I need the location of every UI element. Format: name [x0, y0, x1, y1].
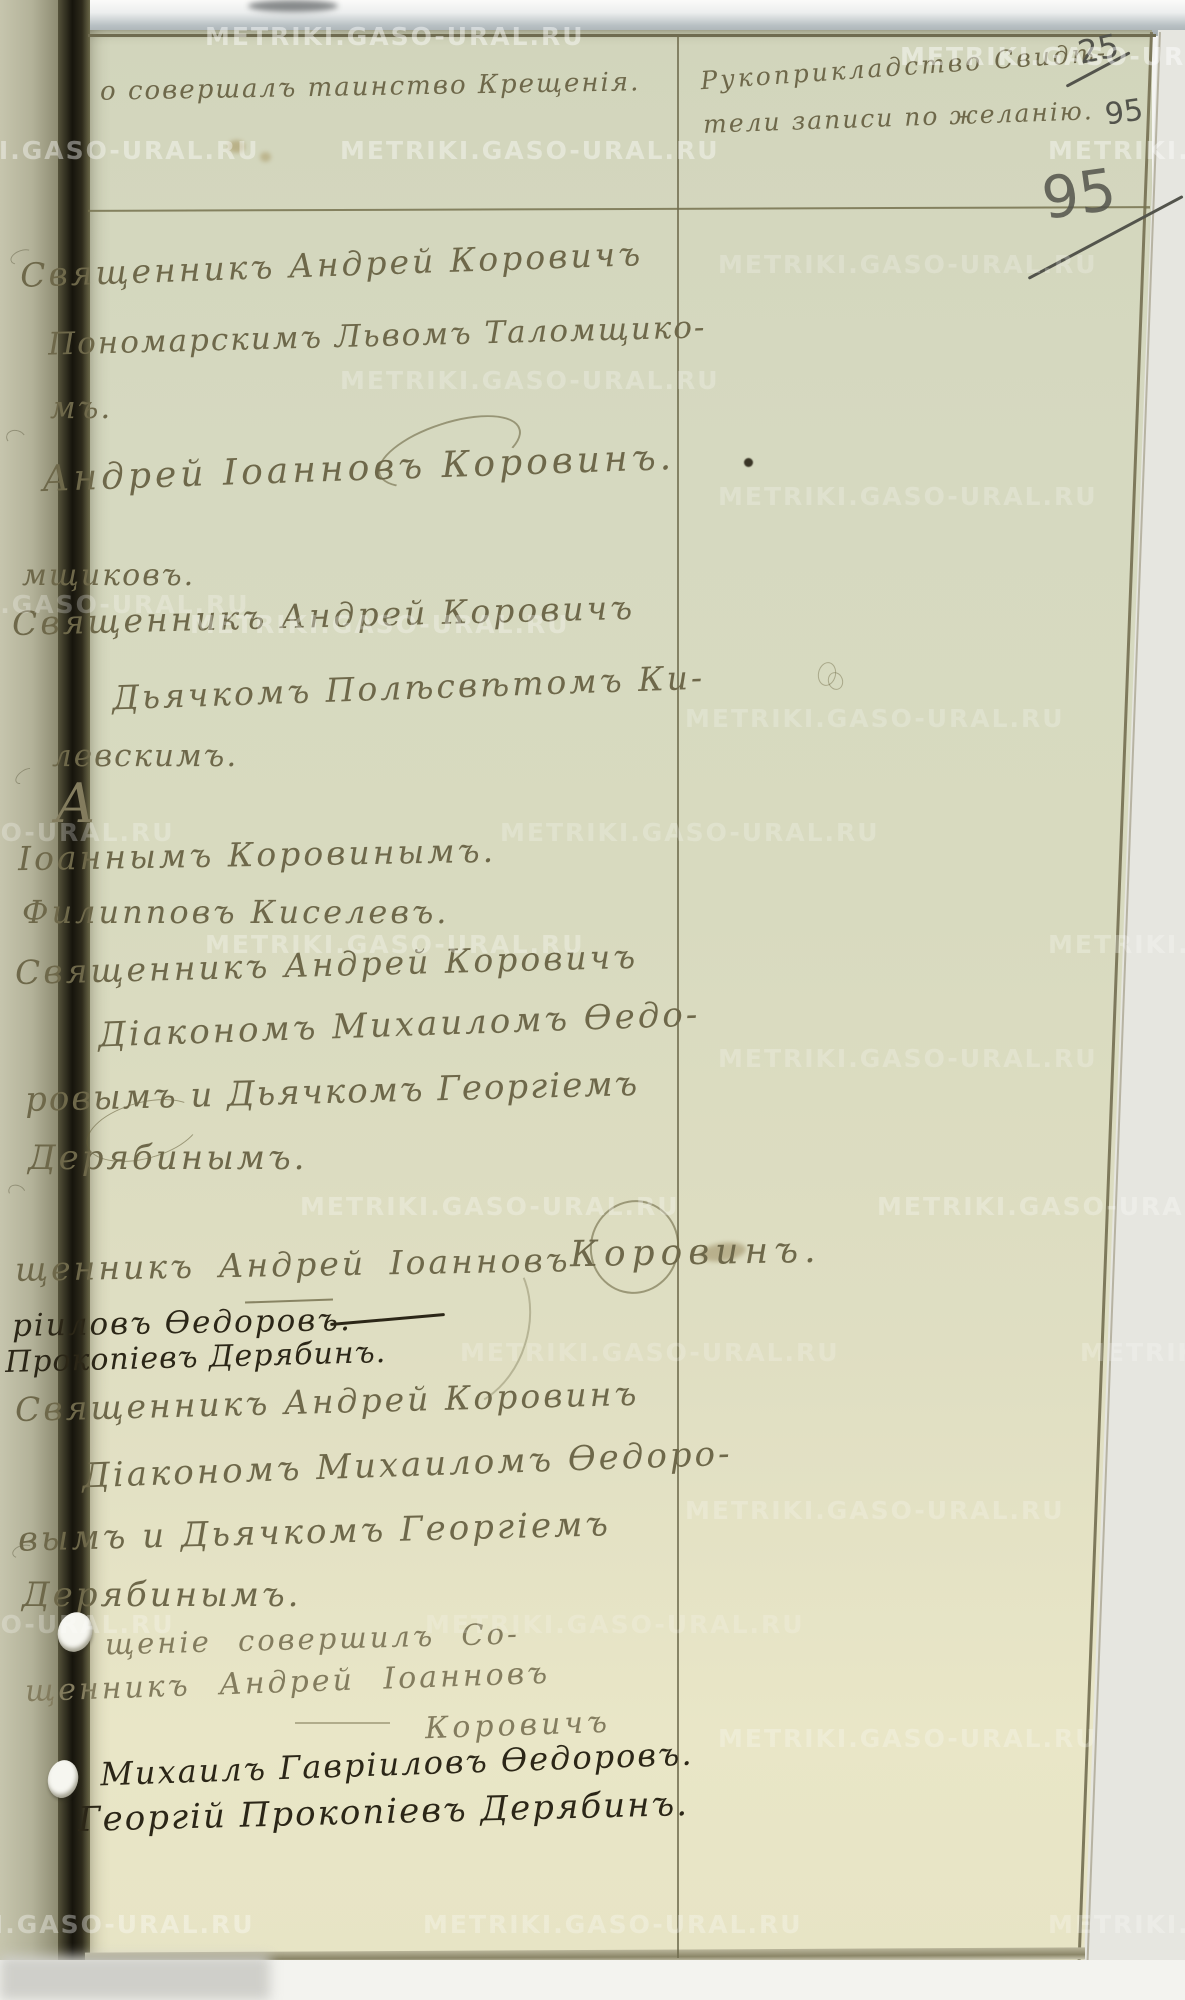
watermark: METRIKI.GASO-URAL.RU — [877, 1192, 1185, 1221]
handwritten-line: Коровинъ. — [570, 1230, 822, 1275]
watermark: METRIKI.GASO-URAL.RU — [1048, 136, 1185, 165]
watermark: METRIKI.GASO-URAL.RU — [718, 250, 1098, 279]
edge-smudge — [248, 0, 338, 12]
watermark: METRIKI.GASO-URAL.RU — [1048, 930, 1185, 959]
watermark: METRIKI.GASO-URAL.RU — [0, 818, 175, 847]
document-scan: о совершалъ таинство Крещенія. Рукоприкл… — [0, 0, 1185, 2000]
watermark: METRIKI.GASO-URAL.RU — [340, 366, 720, 395]
watermark: METRIKI.GASO-URAL.RU — [685, 1496, 1065, 1525]
handwritten-line: Филипповъ Киселевъ. — [22, 893, 449, 931]
watermark: METRIKI.GASO-URAL.RU — [0, 1910, 255, 1939]
handwritten-line: Дерябинымъ. — [28, 1138, 307, 1178]
handwritten-line: левскимъ. — [52, 738, 238, 774]
watermark: METRIKI.GASO-URAL.RU — [205, 930, 585, 959]
watermark: METRIKI.GASO-URAL.RU — [1080, 1338, 1185, 1367]
dash-flourish — [295, 1722, 390, 1724]
watermark: METRIKI.GASO-URAL.RU — [900, 42, 1185, 71]
watermark: METRIKI.GASO-URAL.RU — [718, 1724, 1098, 1753]
watermark: METRIKI.GASO-URAL.RU — [460, 1338, 840, 1367]
paper-stain — [260, 152, 271, 162]
watermark: METRIKI.GASO-URAL.RU — [685, 704, 1065, 733]
handwritten-line: мщиковъ. — [22, 558, 195, 593]
watermark: METRIKI.GASO-URAL.RU — [205, 22, 585, 51]
handwritten-line: Дерябинымъ. — [22, 1575, 301, 1615]
watermark: METRIKI.GASO-URAL.RU — [718, 482, 1098, 511]
watermark: METRIKI.GASO-URAL.RU — [340, 136, 720, 165]
watermark: METRIKI.GASO-URAL.RU — [718, 1044, 1098, 1073]
handwritten-line: мъ. — [50, 390, 112, 426]
folio-number-large: 95 — [1038, 155, 1121, 233]
watermark: METRIKI.GASO-URAL.RU — [0, 1610, 175, 1639]
watermark: METRIKI.GASO-URAL.RU — [500, 818, 880, 847]
watermark: METRIKI.GASO-URAL.RU — [0, 136, 260, 165]
folio-number-small: 95 — [1103, 93, 1146, 133]
watermark: METRIKI.GASO-URAL.RU — [190, 610, 570, 639]
watermark: METRIKI.GASO-URAL.RU — [300, 1192, 680, 1221]
watermark: METRIKI.GASO-URAL.RU — [425, 1610, 805, 1639]
ink-dot — [744, 458, 753, 467]
watermark: METRIKI.GASO-URAL.RU — [423, 1910, 803, 1939]
bottom-shadow-blotch — [0, 1956, 270, 2000]
watermark: METRIKI.GASO-URAL.RU — [1048, 1910, 1185, 1939]
